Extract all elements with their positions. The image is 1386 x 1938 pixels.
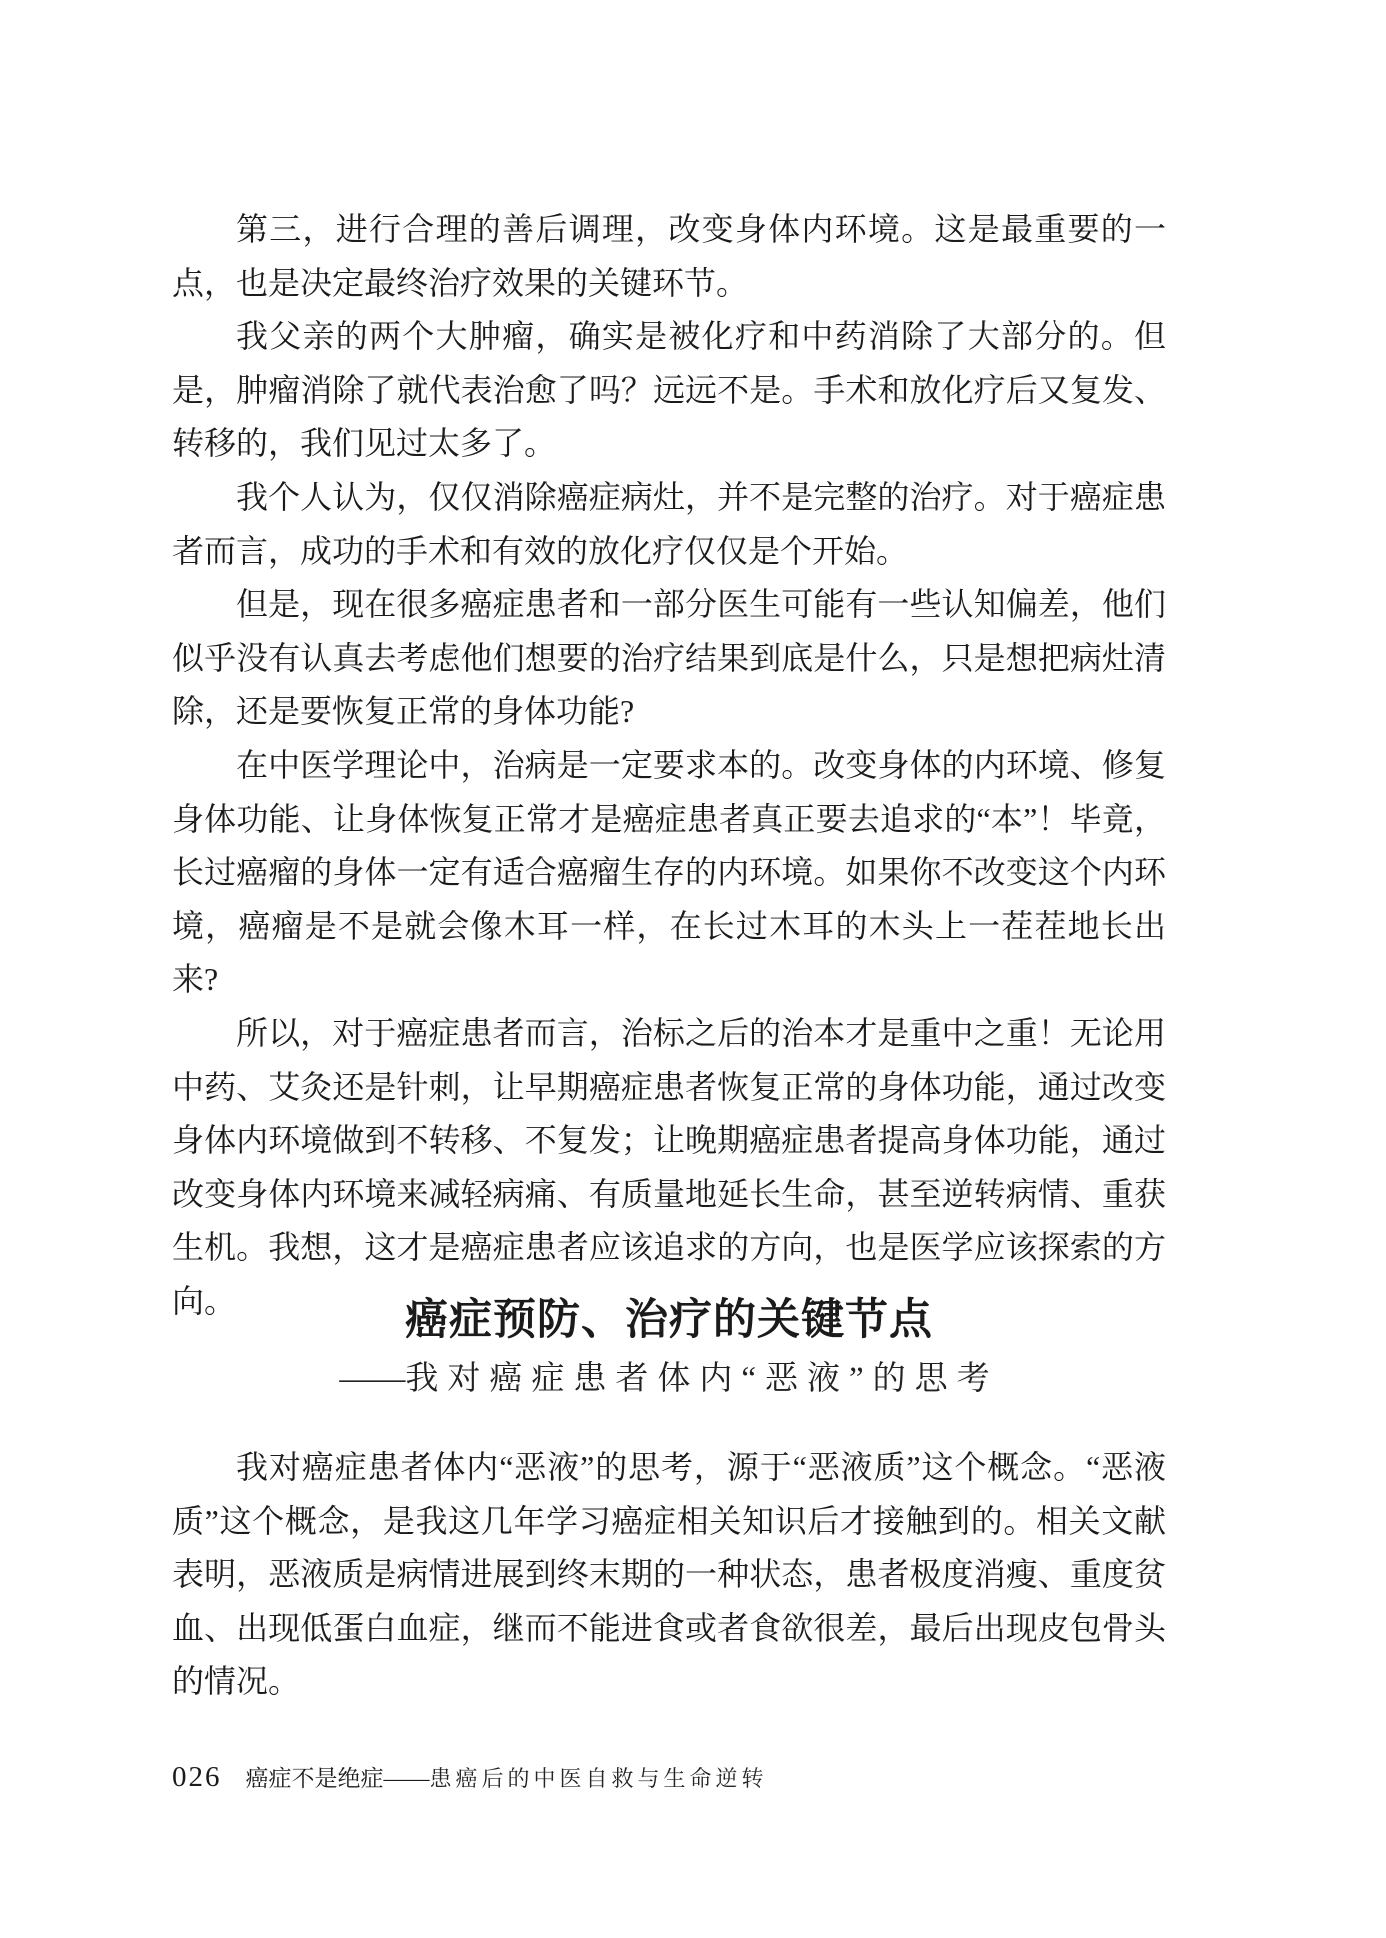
- paragraph: 在中医学理论中，治病是一定要求本的。改变身体的内环境、修复身体功能、让身体恢复正…: [172, 739, 1166, 1007]
- subtitle-text: 我对癌症患者体内“恶液”的思考: [405, 1361, 998, 1397]
- section-title: 癌症预防、治疗的关键节点: [172, 1286, 1166, 1347]
- subtitle-dash: ——: [339, 1361, 405, 1397]
- body-text-block: 第三，进行合理的善后调理，改变身体内环境。这是最重要的一点，也是决定最终治疗效果…: [172, 203, 1166, 1328]
- page-footer: 026 癌症不是绝症——患癌后的中医自救与生命逆转: [172, 1760, 768, 1794]
- section-text-block: 我对癌症患者体内“恶液”的思考，源于“恶液质”这个概念。“恶液质”这个概念，是我…: [172, 1441, 1166, 1709]
- paragraph: 我个人认为，仅仅消除癌症病灶，并不是完整的治疗。对于癌症患者而言，成功的手术和有…: [172, 471, 1166, 578]
- paragraph: 我对癌症患者体内“恶液”的思考，源于“恶液质”这个概念。“恶液质”这个概念，是我…: [172, 1441, 1166, 1709]
- paragraph: 但是，现在很多癌症患者和一部分医生可能有一些认知偏差，他们似乎没有认真去考虑他们…: [172, 578, 1166, 739]
- paragraph: 所以，对于癌症患者而言，治标之后的治本才是重中之重！无论用中药、艾灸还是针刺，让…: [172, 1007, 1166, 1329]
- footer-title-dash: ——: [384, 1766, 430, 1791]
- book-page: { "body": { "paragraphs": [ "第三，进行合理的善后调…: [0, 0, 1386, 1938]
- section-subtitle: ——我对癌症患者体内“恶液”的思考: [172, 1352, 1166, 1399]
- paragraph: 第三，进行合理的善后调理，改变身体内环境。这是最重要的一点，也是决定最终治疗效果…: [172, 203, 1166, 310]
- page-number: 026: [172, 1761, 222, 1794]
- footer-title-main: 癌症不是绝症: [246, 1766, 384, 1791]
- footer-book-title: 癌症不是绝症——患癌后的中医自救与生命逆转: [246, 1760, 768, 1793]
- footer-title-sub: 患癌后的中医自救与生命逆转: [430, 1766, 768, 1791]
- paragraph: 我父亲的两个大肿瘤，确实是被化疗和中药消除了大部分的。但是，肿瘤消除了就代表治愈…: [172, 310, 1166, 471]
